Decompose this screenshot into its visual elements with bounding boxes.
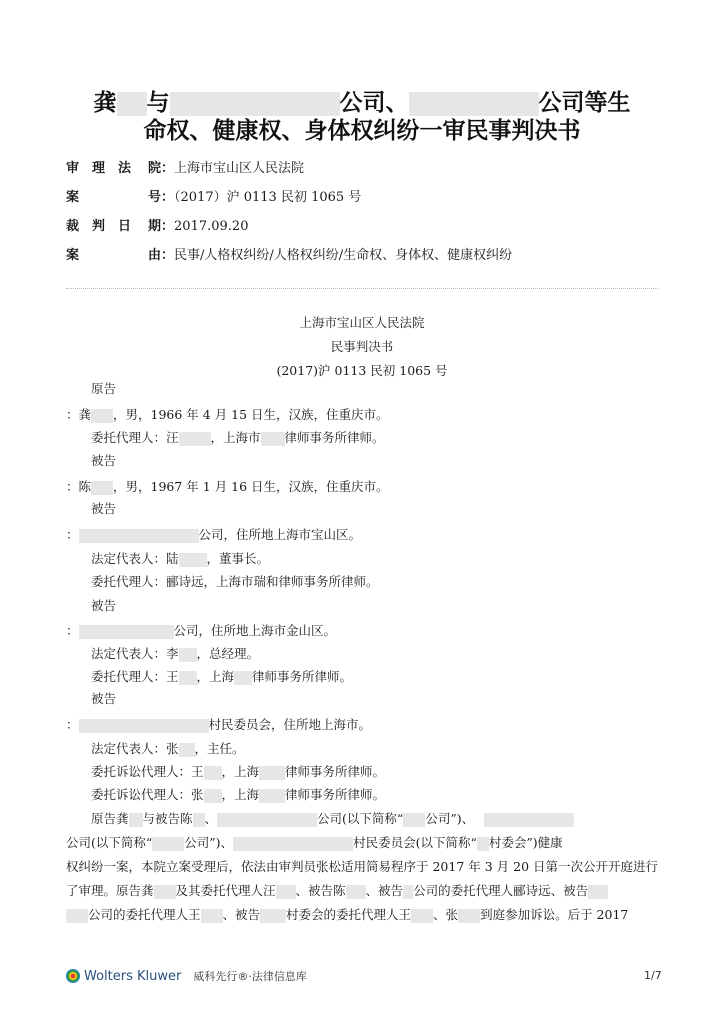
redacted-block [154, 885, 176, 899]
redacted-block [66, 909, 88, 923]
redacted-block [346, 885, 366, 899]
redacted-block [259, 789, 285, 803]
defendant4-agent1: 委托诉讼代理人：王，上海律师事务所律师。 [91, 763, 385, 781]
meta-value: 民事/人格权纠纷/人格权纠纷/生命权、身体权、健康权纠纷 [174, 248, 512, 263]
body-line-5: 公司的委托代理人王、被告村委会的委托代理人王、张到庭参加诉讼。后于 2017 [66, 906, 628, 924]
redacted-block [588, 885, 608, 899]
wolters-kluwer-globe-icon [66, 969, 80, 983]
defendant3-agent: 委托代理人：王，上海律师事务所律师。 [91, 668, 352, 686]
redacted-block [484, 813, 574, 827]
redacted-block [117, 92, 147, 116]
redacted-block [193, 813, 205, 827]
redacted-block [403, 885, 413, 899]
redacted-block [179, 671, 197, 685]
redacted-block [259, 766, 285, 780]
defendant4-agent2: 委托诉讼代理人：张，上海律师事务所律师。 [91, 786, 385, 804]
defendant3-rep: 法定代表人：李，总经理。 [91, 645, 259, 663]
defendant4-rep: 法定代表人：张，主任。 [91, 740, 245, 758]
redacted-block [170, 92, 340, 116]
body-line-2: 公司(以下简称“公司”)、村民委员会(以下简称“村委会”)健康 [66, 834, 563, 852]
document-title-line2: 命权、健康权、身体权纠纷一审民事判决书 [0, 116, 724, 146]
defendant-label: 被告 [91, 690, 116, 708]
redacted-block [477, 837, 489, 851]
title-text: 公司、 [340, 90, 409, 116]
redacted-block [234, 671, 252, 685]
redacted-block [411, 909, 433, 923]
defendant-label: 被告 [91, 452, 116, 470]
defendant2-agent: 委托代理人：郦诗远，上海市瑞和律师事务所律师。 [91, 573, 379, 591]
redacted-block [179, 648, 197, 662]
redacted-block [201, 909, 223, 923]
defendant-label: 被告 [91, 500, 116, 518]
redacted-block [458, 909, 480, 923]
redacted-block [276, 885, 296, 899]
meta-case-no: 案号：（2017）沪 0113 民初 1065 号 [66, 189, 361, 207]
plaintiff-line: ：龚，男，1966 年 4 月 15 日生，汉族，住重庆市。 [66, 406, 389, 424]
plaintiff-agent: 委托代理人：汪，上海市律师事务所律师。 [91, 429, 385, 447]
page-number: 1/7 [644, 969, 662, 982]
redacted-block [260, 909, 286, 923]
defendant3-line: ：公司，住所地上海市金山区。 [66, 622, 336, 640]
judgment-court: 上海市宝山区人民法院 [0, 313, 724, 331]
footer-brand: Wolters Kluwer 威科先行®·法律信息库 [66, 968, 307, 984]
meta-value: 上海市宝山区人民法院 [174, 161, 304, 176]
defendant2-line: ：公司，住所地上海市宝山区。 [66, 526, 361, 544]
meta-date: 裁判日期：2017.09.20 [66, 218, 248, 236]
redacted-block [403, 813, 425, 827]
redacted-block [204, 789, 222, 803]
redacted-block [91, 409, 113, 423]
brand-name: Wolters Kluwer [84, 969, 181, 984]
defendant2-rep: 法定代表人：陆，董事长。 [91, 550, 269, 568]
meta-label: 案 [66, 189, 148, 207]
defendant-label: 被告 [91, 597, 116, 615]
document-title-line1: 龚与公司、公司等生 [0, 88, 724, 118]
section-divider [66, 288, 658, 289]
redacted-block [79, 625, 174, 639]
meta-court: 审理法院：上海市宝山区人民法院 [66, 160, 304, 178]
body-line-4: 了审理。原告龚及其委托代理人汪、被告陈、被告公司的委托代理人郦诗远、被告 [66, 882, 608, 900]
redacted-block [179, 743, 195, 757]
redacted-block [129, 813, 143, 827]
redacted-block [204, 766, 222, 780]
product-name: 威科先行®·法律信息库 [193, 968, 307, 984]
meta-label: 案 [66, 247, 148, 265]
redacted-block [79, 719, 209, 733]
redacted-block [179, 553, 207, 567]
redacted-block [91, 481, 113, 495]
redacted-block [217, 813, 317, 827]
meta-value: 2017.09.20 [174, 219, 248, 234]
title-text: 公司等生 [539, 90, 631, 116]
defendant1-line: ：陈，男，1967 年 1 月 16 日生，汉族，住重庆市。 [66, 478, 389, 496]
body-line-3: 权纠纷一案，本院立案受理后，依法由审判员张松适用简易程序于 2017 年 3 月… [66, 858, 658, 876]
meta-cause: 案由：民事/人格权纠纷/人格权纠纷/生命权、身体权、健康权纠纷 [66, 247, 512, 265]
meta-label: 审理法 [66, 160, 148, 178]
redacted-block [233, 837, 353, 851]
redacted-block [79, 529, 199, 543]
title-text: 与 [147, 90, 170, 116]
redacted-block [152, 837, 184, 851]
redacted-block [261, 432, 285, 446]
judgment-doc-type: 民事判决书 [0, 337, 724, 355]
meta-value: （2017）沪 0113 民初 1065 号 [174, 190, 361, 205]
meta-label: 裁判日 [66, 218, 148, 236]
title-text: 龚 [94, 90, 117, 116]
body-line-1: 原告龚与被告陈、公司(以下简称“公司”)、 [91, 810, 574, 828]
plaintiff-label: 原告 [91, 380, 116, 398]
defendant4-line: ：村民委员会，住所地上海市。 [66, 716, 371, 734]
redacted-block [409, 92, 539, 116]
judgment-case-no: (2017)沪 0113 民初 1065 号 [0, 361, 724, 379]
redacted-block [179, 432, 211, 446]
